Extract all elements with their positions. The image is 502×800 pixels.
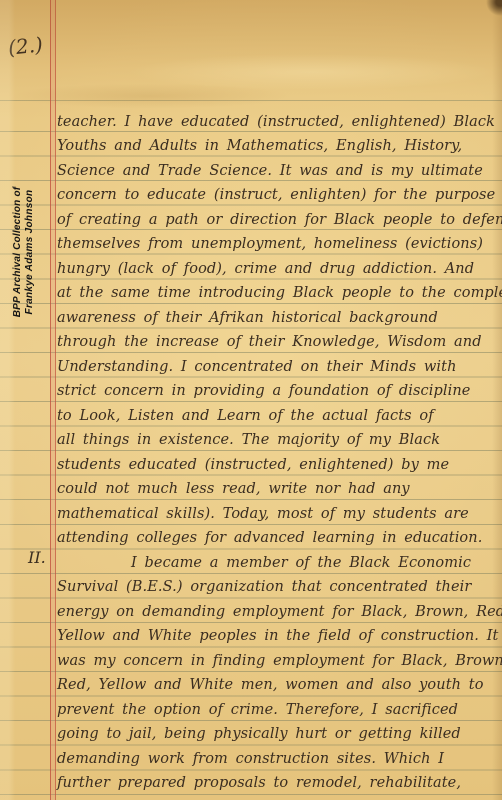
- section-marker: II.: [28, 548, 46, 567]
- manuscript-line: themselves from unemployment, homeliness…: [57, 232, 499, 257]
- manuscript-line: of creating a path or direction for Blac…: [57, 208, 499, 233]
- manuscript-line: to Look, Listen and Learn of the actual …: [57, 404, 499, 429]
- manuscript-line: was my concern in finding employment for…: [57, 649, 499, 674]
- page-number: (2.): [7, 32, 44, 59]
- manuscript-line: going to jail, being physically hurt or …: [57, 722, 499, 747]
- manuscript-line: demanding work from construction sites. …: [57, 747, 499, 772]
- manuscript-line: at the same time introducing Black peopl…: [57, 281, 499, 306]
- manuscript-line: awareness of their Afrikan historical ba…: [57, 306, 499, 331]
- manuscript-line: through the increase of their Knowledge,…: [57, 330, 499, 355]
- manuscript-line: Science and Trade Science. It was and is…: [57, 159, 499, 184]
- red-margin-line: [50, 0, 56, 800]
- manuscript-line: concern to educate (instruct, enlighten)…: [57, 183, 499, 208]
- manuscript-line: prevent the option of crime. Therefore, …: [57, 698, 499, 723]
- manuscript-line: students educated (instructed, enlighten…: [57, 453, 499, 478]
- manuscript-line: all things in existence. The majority of…: [57, 428, 499, 453]
- scanned-notebook-page: BPP Archival Collection of Frankye Adams…: [0, 0, 502, 800]
- archival-stamp: BPP Archival Collection of Frankye Adams…: [12, 171, 35, 333]
- manuscript-line: I became a member of the Black Economic: [57, 551, 502, 576]
- stamp-owner-name: Frankye Adams Johnson: [24, 171, 36, 333]
- manuscript-line: strict concern in providing a foundation…: [57, 379, 499, 404]
- manuscript-line: energy on demanding employment for Black…: [57, 600, 499, 625]
- manuscript-line: could not much less read, write nor had …: [57, 477, 499, 502]
- manuscript-line: further prepared proposals to remodel, r…: [57, 771, 499, 796]
- manuscript-line: Youths and Adults in Mathematics, Englis…: [57, 134, 499, 159]
- manuscript-line: Understanding. I concentrated on their M…: [57, 355, 499, 380]
- stamp-collection-text: BPP Archival Collection of: [12, 171, 24, 333]
- manuscript-line: attending colleges for advanced learning…: [57, 526, 499, 551]
- manuscript-line: Yellow and White peoples in the field of…: [57, 624, 499, 649]
- manuscript-line: Survival (B.E.S.) organization that conc…: [57, 575, 499, 600]
- manuscript-line: mathematical skills). Today, most of my …: [57, 502, 499, 527]
- manuscript-line: teacher. I have educated (instructed, en…: [57, 110, 499, 135]
- head-rule-line: [0, 100, 502, 101]
- manuscript-line: Red, Yellow and White men, women and als…: [57, 673, 499, 698]
- manuscript-line: hungry (lack of food), crime and drug ad…: [57, 257, 499, 282]
